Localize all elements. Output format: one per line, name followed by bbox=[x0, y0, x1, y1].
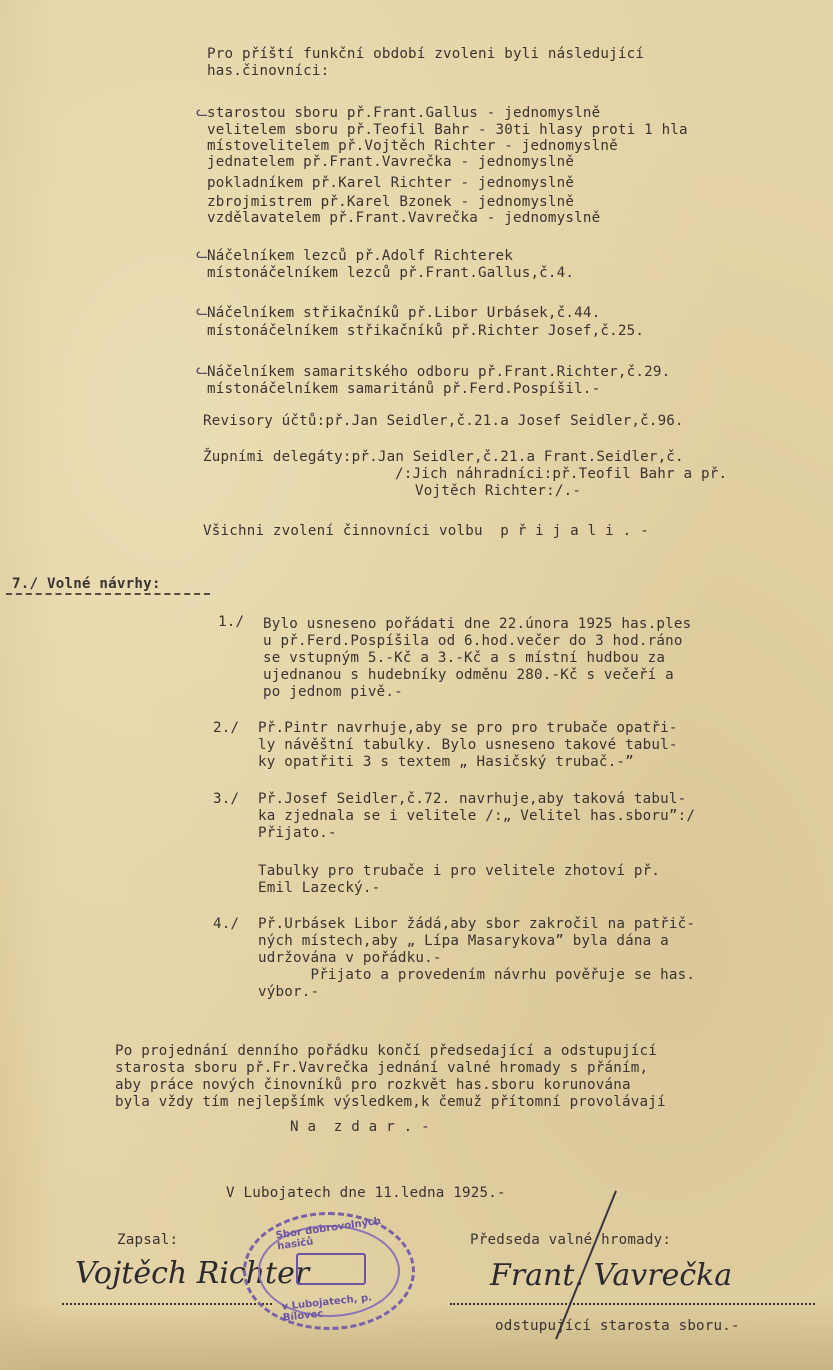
officer-line: vzdělavatelem př.Frant.Vavrečka - jednom… bbox=[207, 210, 600, 226]
proposal-number: 1./ bbox=[218, 614, 244, 630]
accepted-line: Všichni zvolení činnovníci volbu p ř i j… bbox=[203, 523, 649, 539]
closing-line: byla vždy tím nejlepšímk výsledkem,k čem… bbox=[115, 1094, 666, 1110]
proposal-line: ných místech,aby „ Lípa Masarykova” byla… bbox=[258, 933, 669, 949]
recorder-label: Zapsal: bbox=[117, 1232, 178, 1248]
officer-line: pokladníkem př.Karel Richter - jednomysl… bbox=[207, 175, 574, 191]
officer-line: místovelitelem př.Vojtěch Richter - jedn… bbox=[207, 138, 618, 154]
proposal-number: 3./ bbox=[213, 791, 239, 807]
proposal-line: ka zjednala se i velitele /:„ Velitel ha… bbox=[258, 808, 695, 824]
proposal-line: ly návěštní tabulky. Bylo usneseno takov… bbox=[258, 737, 678, 753]
pencil-check-mark: ᓚ bbox=[196, 104, 208, 120]
officer-line: starostou sboru př.Frant.Gallus - jednom… bbox=[207, 105, 600, 121]
delegates-line: Vojtěch Richter:/.- bbox=[415, 483, 581, 499]
closing-line: starosta sboru př.Fr.Vavrečka jednání va… bbox=[115, 1060, 648, 1076]
proposal-line: Bylo usneseno pořádati dne 22.února 1925… bbox=[263, 616, 691, 632]
proposal-line: Emil Lazecký.- bbox=[258, 880, 380, 896]
closing-line: Po projednání denního pořádku končí před… bbox=[115, 1043, 657, 1059]
proposal-line: Tabulky pro trubače i pro velitele zhoto… bbox=[258, 863, 660, 879]
delegates-line: Župními delegáty:př.Jan Seidler,č.21.a F… bbox=[203, 449, 684, 465]
proposal-number: 4./ bbox=[213, 916, 239, 932]
proposal-line: Př.Josef Seidler,č.72. navrhuje,aby tako… bbox=[258, 791, 686, 807]
proposal-line: Přijato a provedením návrhu pověřuje se … bbox=[258, 967, 695, 983]
proposal-line: výbor.- bbox=[258, 984, 319, 1000]
officer-line: jednatelem př.Frant.Vavrečka - jednomysl… bbox=[207, 154, 574, 170]
climbers-line: místonáčelníkem lezců př.Frant.Gallus,č.… bbox=[207, 265, 574, 281]
officer-line: velitelem sboru př.Teofil Bahr - 30ti hl… bbox=[207, 122, 688, 138]
proposal-line: ky opatřiti 3 s textem „ Hasičský trubač… bbox=[258, 754, 634, 770]
climbers-line: Náčelníkem lezců př.Adolf Richterek bbox=[207, 248, 513, 264]
proposal-line: Př.Urbásek Libor žádá,aby sbor zakročil … bbox=[258, 916, 695, 932]
officer-line: zbrojmistrem př.Karel Bzonek - jednomysl… bbox=[207, 194, 574, 210]
section-heading: 7./ Volné návrhy: bbox=[12, 576, 161, 592]
official-stamp: Sbor dobrovolných hasičů v Lubojatech, p… bbox=[243, 1212, 415, 1330]
proposal-line: udržována v pořádku.- bbox=[258, 950, 442, 966]
intro-line: Pro příští funkční období zvoleni byli n… bbox=[207, 46, 644, 62]
recorder-signature-line bbox=[62, 1303, 272, 1305]
delegates-line: /:Jich náhradníci:př.Teofil Bahr a př. bbox=[395, 466, 727, 482]
samaritans-line: místonáčelníkem samaritánů př.Ferd.Pospí… bbox=[207, 381, 600, 397]
proposal-line: Př.Pintr navrhuje,aby se pro pro trubače… bbox=[258, 720, 678, 736]
heading-underline bbox=[6, 593, 210, 595]
chair-role: odstupující starosta sboru.- bbox=[495, 1318, 740, 1334]
proposal-line: Přijato.- bbox=[258, 825, 337, 841]
proposal-line: po jednom pivě.- bbox=[263, 684, 403, 700]
sprayers-line: místonáčelníkem střikačníků př.Richter J… bbox=[207, 323, 644, 339]
closing-line: aby práce nových činovníků pro rozkvět h… bbox=[115, 1077, 631, 1093]
place-date: V Lubojatech dne 11.ledna 1925.- bbox=[226, 1185, 506, 1201]
chair-signature-line bbox=[450, 1303, 815, 1305]
intro-line: has.činovníci: bbox=[207, 63, 329, 79]
salute: N a z d a r . - bbox=[290, 1119, 430, 1135]
proposal-number: 2./ bbox=[213, 720, 239, 736]
proposal-line: se vstupným 5.-Kč a 3.-Kč a s místní hud… bbox=[263, 650, 665, 666]
proposal-line: ujednanou s hudebníky odměnu 280.-Kč s v… bbox=[263, 667, 674, 683]
proposal-line: u př.Ferd.Pospíšila od 6.hod.večer do 3 … bbox=[263, 633, 683, 649]
chair-label: Předseda valné hromady: bbox=[470, 1232, 671, 1248]
samaritans-line: Náčelníkem samaritského odboru př.Frant.… bbox=[207, 364, 670, 380]
auditors-line: Revisory účtů:př.Jan Seidler,č.21.a Jose… bbox=[203, 413, 684, 429]
fire-brigade-emblem-icon bbox=[296, 1253, 366, 1285]
sprayers-line: Náčelníkem střikačníků př.Libor Urbásek,… bbox=[207, 305, 600, 321]
chair-signature: Frant. Vavrečka bbox=[490, 1258, 732, 1293]
